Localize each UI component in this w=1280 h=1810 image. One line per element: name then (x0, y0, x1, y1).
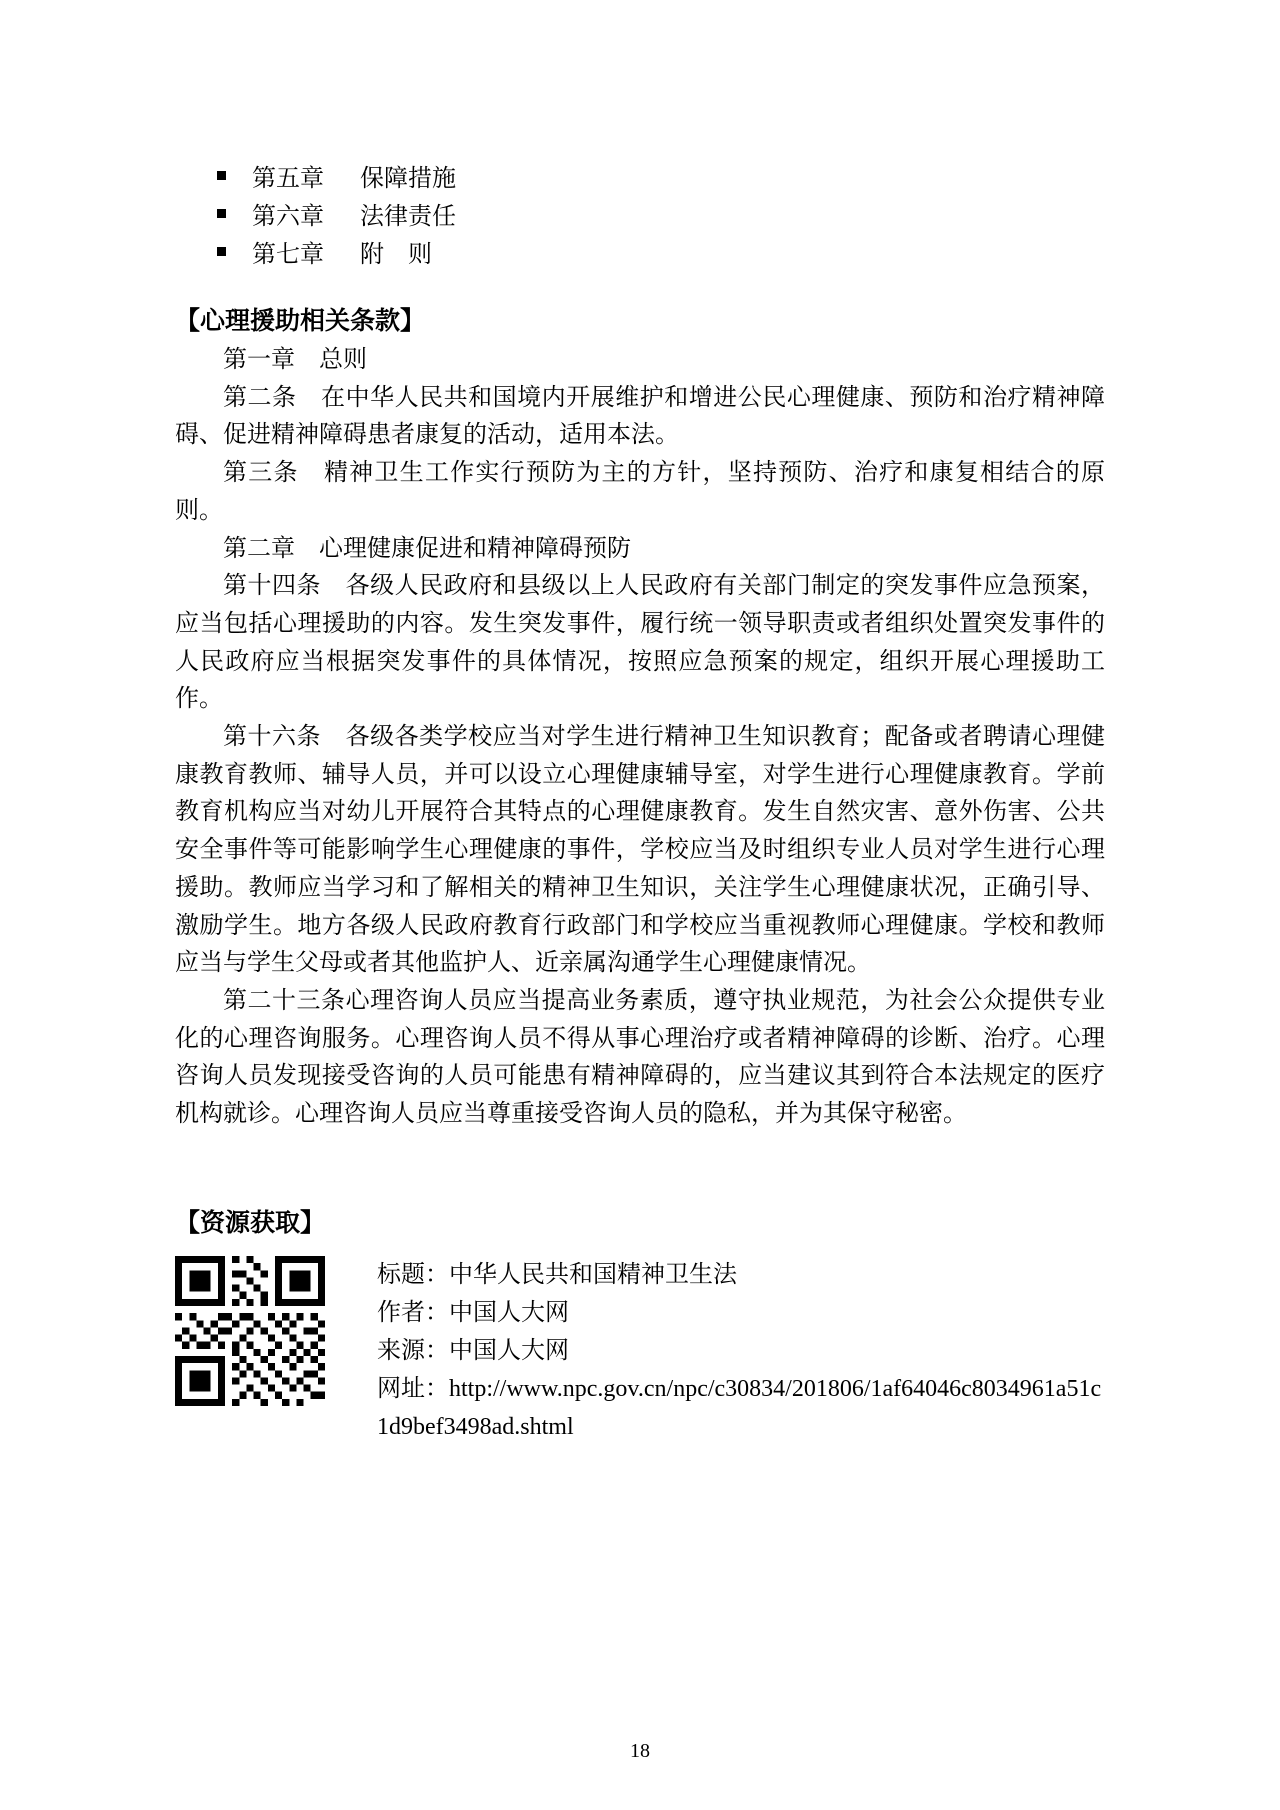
resource-field-source: 来源：中国人大网 (377, 1332, 1105, 1370)
resource-field-title: 标题：中华人民共和国精神卫生法 (377, 1256, 1105, 1294)
page-number: 18 (0, 1740, 1280, 1763)
document-page: 第五章 保障措施 第六章 法律责任 第七章 附 则 【心理援助相关条款】 第一章… (0, 0, 1280, 1446)
article-2-paragraph: 第二条 在中华人民共和国境内开展维护和增进公民心理健康、预防和治疗精神障碍、促进… (175, 380, 1105, 455)
resource-field-author: 作者：中国人大网 (377, 1294, 1105, 1332)
field-label: 标题： (377, 1262, 449, 1288)
resource-fields: 标题：中华人民共和国精神卫生法 作者：中国人大网 来源：中国人大网 网址：htt… (377, 1256, 1105, 1446)
article-23-paragraph: 第二十三条心理咨询人员应当提高业务素质，遵守执业规范，为社会公众提供专业化的心理… (175, 983, 1105, 1134)
article-14-paragraph: 第十四条 各级人民政府和县级以上人民政府有关部门制定的突发事件应急预案，应当包括… (175, 568, 1105, 719)
field-label: 网址： (377, 1376, 449, 1402)
bullet-square-icon (217, 209, 226, 218)
resource-field-url: 网址：http://www.npc.gov.cn/npc/c30834/2018… (377, 1370, 1105, 1446)
section-heading-provisions: 【心理援助相关条款】 (175, 302, 1105, 340)
section-heading-resource: 【资源获取】 (175, 1204, 1105, 1242)
field-value: 中华人民共和国精神卫生法 (449, 1262, 737, 1288)
article-16-paragraph: 第十六条 各级各类学校应当对学生进行精神卫生知识教育；配备或者聘请心理健康教育教… (175, 719, 1105, 983)
list-item: 第七章 附 则 (217, 232, 1105, 270)
chapter-2-heading: 第二章 心理健康促进和精神障碍预防 (175, 531, 1105, 569)
field-label: 作者： (377, 1300, 449, 1326)
url-link[interactable]: http://www.npc.gov.cn/npc/c30834/201806/… (377, 1376, 1101, 1440)
field-value: 中国人大网 (449, 1338, 569, 1364)
chapter-title: 附 则 (360, 234, 432, 269)
chapter-label: 第六章 (252, 196, 324, 231)
chapter-1-heading: 第一章 总则 (175, 342, 1105, 380)
provisions-body: 第一章 总则 第二条 在中华人民共和国境内开展维护和增进公民心理健康、预防和治疗… (175, 342, 1105, 1134)
list-item: 第五章 保障措施 (217, 156, 1105, 194)
bullet-square-icon (217, 171, 226, 180)
field-value: 中国人大网 (449, 1300, 569, 1326)
chapter-title: 法律责任 (360, 196, 456, 231)
qr-code-icon (175, 1256, 325, 1406)
chapter-title: 保障措施 (360, 158, 456, 193)
chapter-label: 第五章 (252, 158, 324, 193)
resource-block: 标题：中华人民共和国精神卫生法 作者：中国人大网 来源：中国人大网 网址：htt… (175, 1256, 1105, 1446)
bullet-square-icon (217, 247, 226, 256)
field-label: 来源： (377, 1338, 449, 1364)
chapter-list: 第五章 保障措施 第六章 法律责任 第七章 附 则 (217, 156, 1105, 270)
chapter-label: 第七章 (252, 234, 324, 269)
list-item: 第六章 法律责任 (217, 194, 1105, 232)
article-3-paragraph: 第三条 精神卫生工作实行预防为主的方针，坚持预防、治疗和康复相结合的原则。 (175, 455, 1105, 530)
